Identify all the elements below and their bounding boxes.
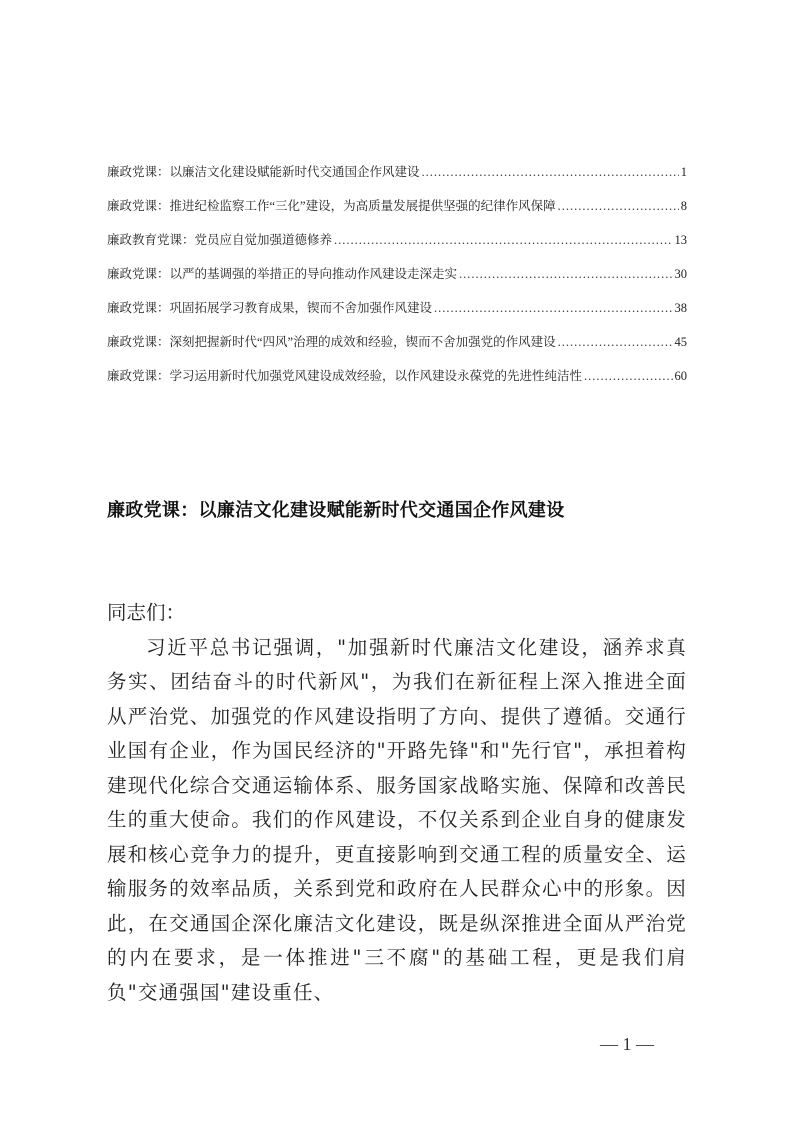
- toc-entry-title: 廉政党课：推进纪检监察工作“三化”建设，为高质量发展提供坚强的纪律作风保障: [107, 196, 556, 214]
- toc-entry[interactable]: 廉政党课：推进纪检监察工作“三化”建设，为高质量发展提供坚强的纪律作风保障 8: [107, 196, 687, 230]
- toc-entry[interactable]: 廉政党课：以严的基调强的举措正的导向推动作风建设走深走实 30: [107, 264, 687, 298]
- toc-entry-title: 廉政党课：深刻把握新时代“四风”治理的成效和经验，锲而不舍加强党的作风建设: [107, 332, 556, 350]
- toc-entry-page: 13: [675, 233, 688, 248]
- toc-entry-page: 38: [675, 301, 688, 316]
- page-number: — 1 —: [600, 1034, 654, 1055]
- toc-leader-dots: [558, 335, 673, 350]
- toc-leader-dots: [459, 267, 672, 282]
- toc-entry-page: 45: [675, 335, 688, 350]
- toc-leader-dots: [334, 233, 672, 248]
- toc-entry-page: 60: [675, 369, 688, 384]
- toc-entry-page: 8: [681, 199, 687, 214]
- toc-entry-title: 廉政党课：以严的基调强的举措正的导向推动作风建设走深走实: [107, 264, 457, 282]
- salutation: 同志们：: [107, 596, 687, 631]
- toc-entry-page: 1: [681, 165, 687, 180]
- toc-entry[interactable]: 廉政党课：学习运用新时代加强党风建设成效经验，以作风建设永葆党的先进性纯洁性 6…: [107, 366, 687, 400]
- toc-leader-dots: [422, 165, 679, 180]
- table-of-contents: 廉政党课：以廉洁文化建设赋能新时代交通国企作风建设 1 廉政党课：推进纪检监察工…: [107, 162, 687, 400]
- toc-leader-dots: [558, 199, 679, 214]
- toc-entry-title: 廉政党课：学习运用新时代加强党风建设成效经验，以作风建设永葆党的先进性纯洁性: [107, 366, 582, 384]
- toc-entry[interactable]: 廉政党课：巩固拓展学习教育成果，锲而不舍加强作风建设 38: [107, 298, 687, 332]
- toc-entry-title: 廉政党课：巩固拓展学习教育成果，锲而不舍加强作风建设: [107, 298, 432, 316]
- toc-leader-dots: [434, 301, 672, 316]
- body-paragraph: 习近平总书记强调，"加强新时代廉洁文化建设，涵养求真务实、团结奋斗的时代新风"，…: [107, 631, 687, 1011]
- article-heading: 廉政党课：以廉洁文化建设赋能新时代交通国企作风建设: [107, 496, 565, 522]
- toc-entry[interactable]: 廉政教育党课：党员应自觉加强道德修养 13: [107, 230, 687, 264]
- article-body: 同志们： 习近平总书记强调，"加强新时代廉洁文化建设，涵养求真务实、团结奋斗的时…: [107, 596, 687, 1010]
- toc-entry-title: 廉政党课：以廉洁文化建设赋能新时代交通国企作风建设: [107, 162, 420, 180]
- toc-entry[interactable]: 廉政党课：以廉洁文化建设赋能新时代交通国企作风建设 1: [107, 162, 687, 196]
- toc-entry[interactable]: 廉政党课：深刻把握新时代“四风”治理的成效和经验，锲而不舍加强党的作风建设 45: [107, 332, 687, 366]
- toc-entry-page: 30: [675, 267, 688, 282]
- toc-entry-title: 廉政教育党课：党员应自觉加强道德修养: [107, 230, 332, 248]
- toc-leader-dots: [584, 369, 672, 384]
